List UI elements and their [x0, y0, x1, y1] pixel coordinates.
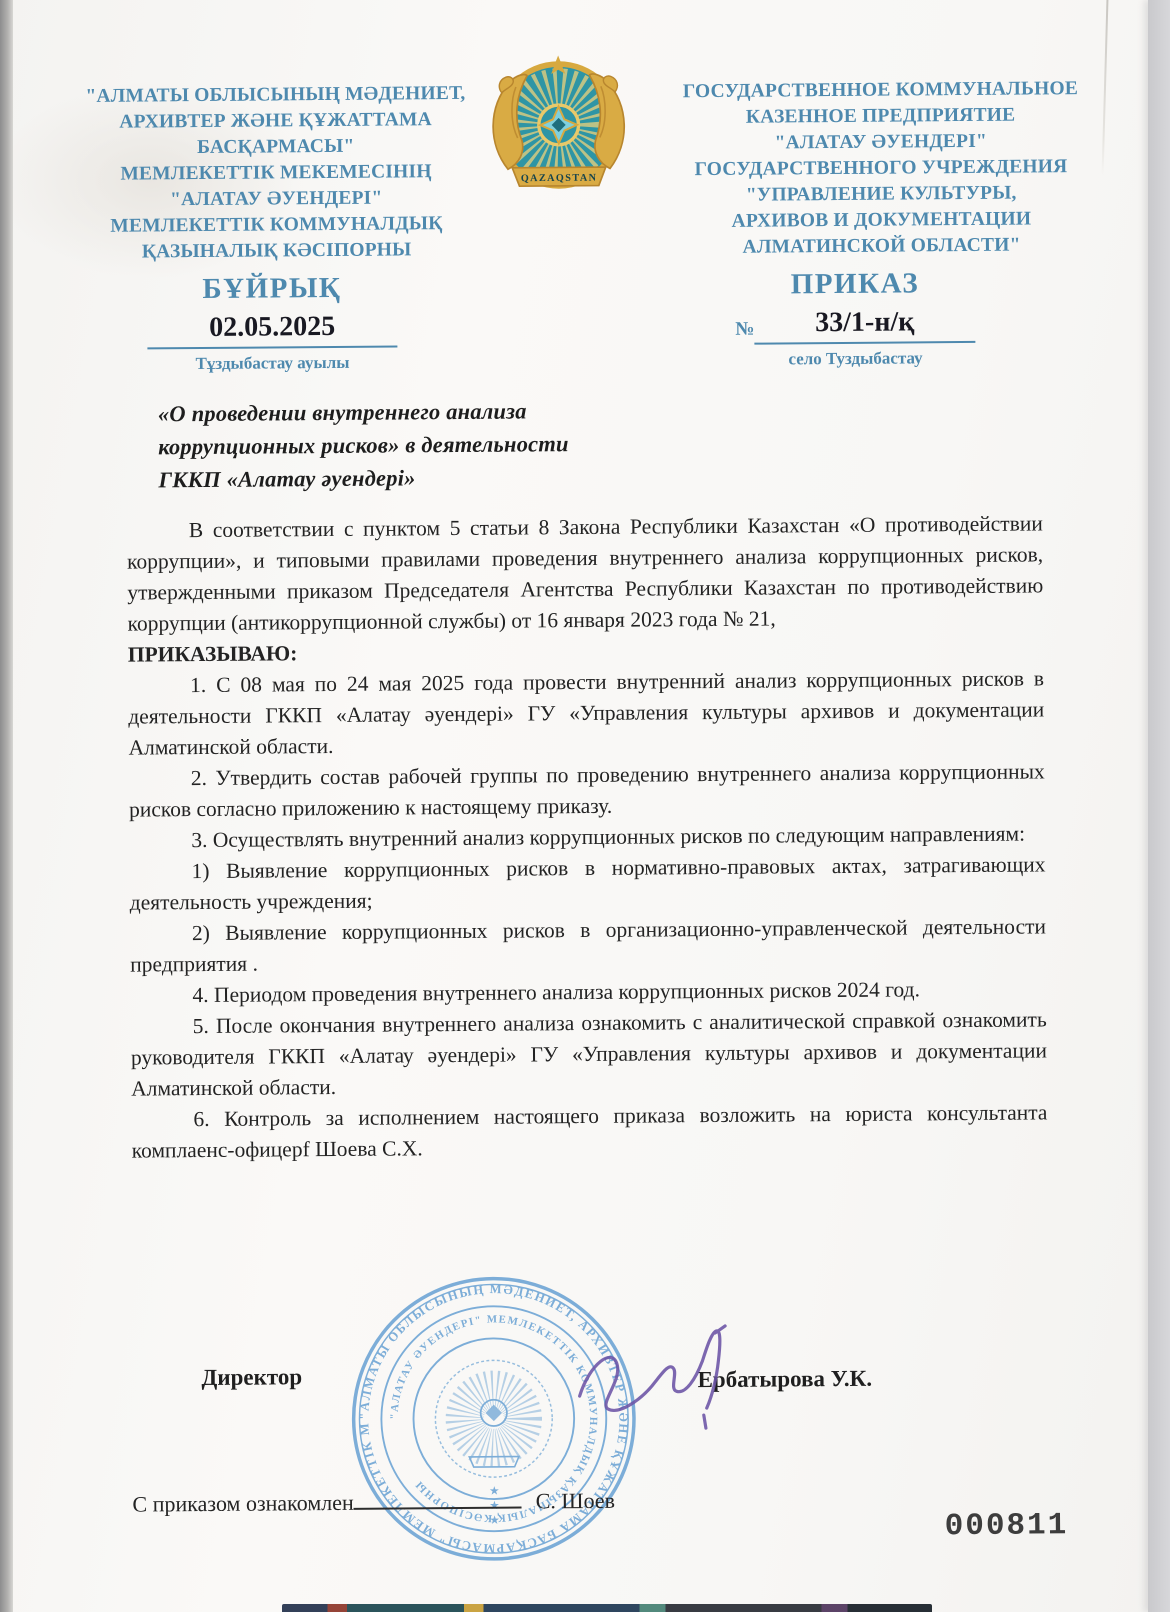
order-block-kazakh: БҰЙРЫҚ 02.05.2025 Тұздыбастау ауылы: [147, 271, 398, 374]
order-title-kk: БҰЙРЫҚ: [147, 271, 397, 306]
director-signature-handwriting: [565, 1310, 796, 1452]
order-subject: «О проведении внутреннего анализа корруп…: [158, 393, 739, 497]
document-content: "АЛМАТЫ ОБЛЫСЫНЫҢ МӘДЕНИЕТ, АРХИВТЕР ЖӘН…: [0, 0, 1170, 1612]
order-item-1: 1. С 08 мая по 24 мая 2025 года провести…: [128, 663, 1045, 763]
order-item-5: 5. После окончания внутреннего анализа о…: [131, 1004, 1048, 1104]
director-label: Директор: [201, 1364, 302, 1391]
order-place-ru: село Туздыбастау: [735, 348, 975, 370]
order-item-6: 6. Контроль за исполнением настоящего пр…: [131, 1097, 1047, 1166]
acknowledgement-row: С приказом ознакомленС. Шоев: [132, 1486, 615, 1518]
order-place-kk: Тұздыбастау ауылы: [147, 352, 397, 374]
order-body: В соответствии с пунктом 5 статьи 8 Зако…: [127, 508, 1048, 1166]
order-item-2: 2. Утвердить состав рабочей группы по пр…: [129, 756, 1045, 825]
number-sign: №: [735, 319, 754, 345]
form-number: 000811: [945, 1508, 1069, 1544]
body-intro: В соответствии с пунктом 5 статьи 8 Зако…: [127, 508, 1044, 639]
acknowledgement-name: С. Шоев: [536, 1488, 615, 1514]
order-subitem-1: 1) Выявление коррупционных рисков в норм…: [129, 849, 1045, 918]
order-date: 02.05.2025: [147, 310, 397, 349]
acknowledgement-label: С приказом ознакомлен: [132, 1490, 353, 1517]
scan-artifact-strip: [282, 1604, 932, 1612]
acknowledgement-signature-line: [354, 1487, 522, 1510]
order-title-ru: ПРИКАЗ: [735, 267, 975, 302]
order-number-row: № 33/1-н/қ: [735, 306, 975, 345]
emblem-banner-text: QAZAQSTAN: [521, 173, 598, 185]
org-name-russian: ГОСУДАРСТВЕННОЕ КОММУНАЛЬНОЕ КАЗЕННОЕ ПР…: [650, 76, 1111, 262]
order-subitem-2: 2) Выявление коррупционных рисков в орга…: [130, 911, 1046, 980]
kazakhstan-emblem-icon: QAZAQSTAN: [473, 40, 644, 219]
svg-text:★: ★: [489, 1514, 500, 1527]
order-block-russian: ПРИКАЗ № 33/1-н/қ село Туздыбастау: [735, 267, 976, 370]
order-number: 33/1-н/қ: [754, 306, 975, 345]
org-name-kazakh: "АЛМАТЫ ОБЛЫСЫНЫҢ МӘДЕНИЕТ, АРХИВТЕР ЖӘН…: [80, 81, 471, 266]
